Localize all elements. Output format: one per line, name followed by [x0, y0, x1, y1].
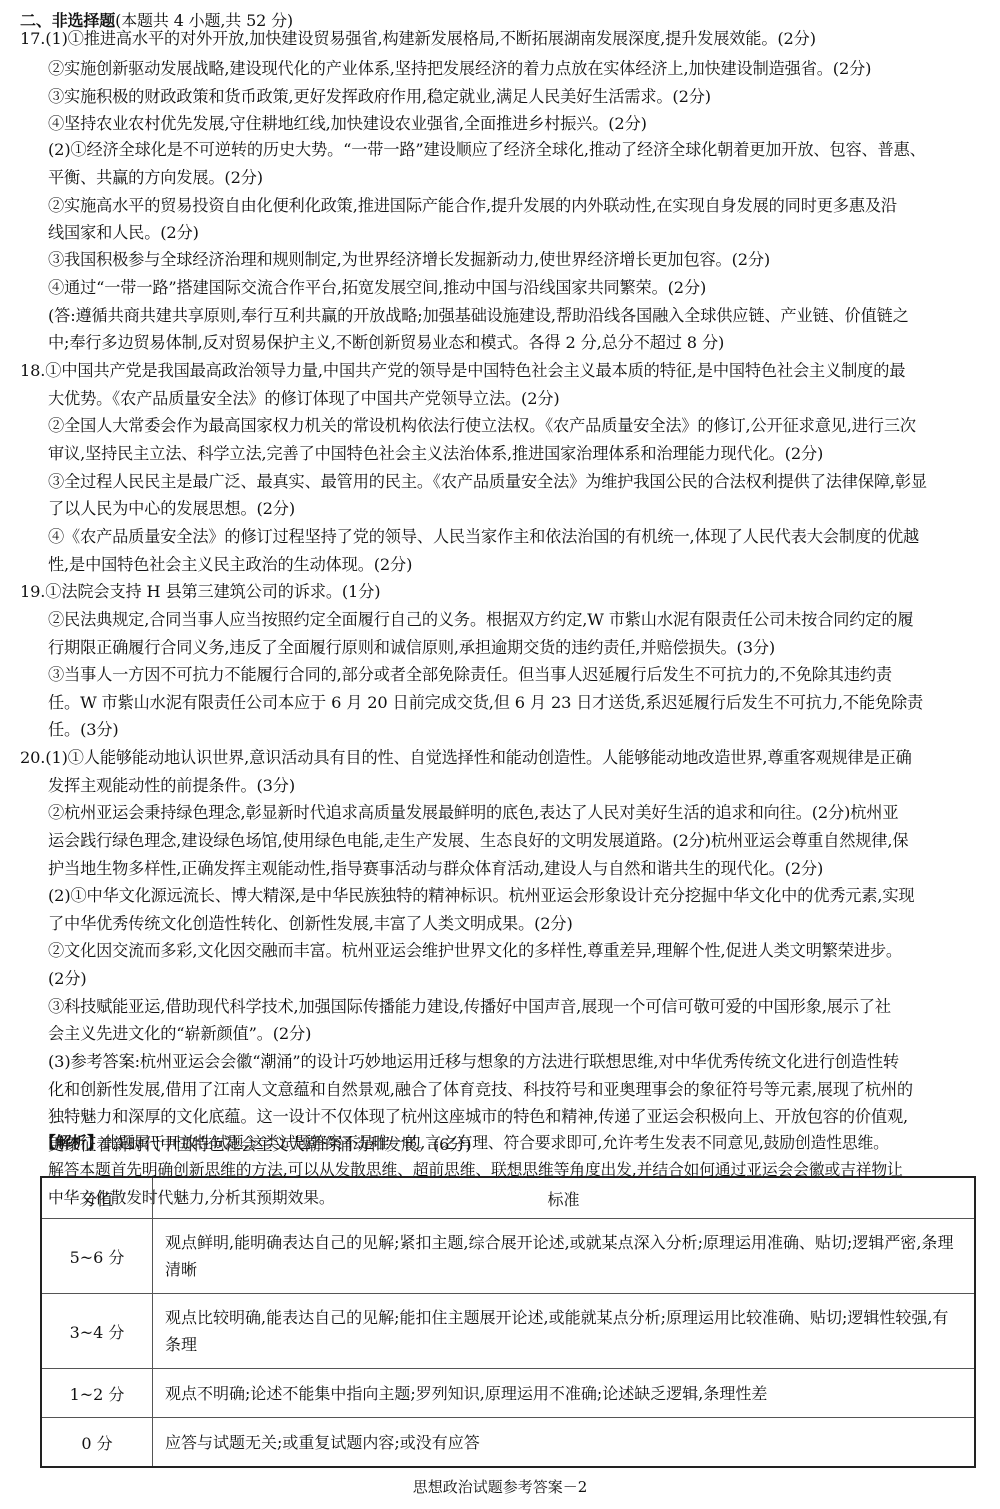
header-standard: 标准 — [153, 1177, 976, 1219]
rubric-score: 5~6 分 — [41, 1219, 153, 1294]
answer-line: 线国家和人民。(2分) — [48, 222, 199, 244]
answer-line: ③科技赋能亚运,借助现代科学技术,加强国际传播能力建设,传播好中国声音,展现一个… — [48, 996, 891, 1018]
analysis-text: 此题属于开放性试题,这类试题答案不是唯一的,言之有理、符合要求即可,允许考生发表… — [103, 1133, 889, 1152]
analysis-tag: 【解析】 — [40, 1133, 103, 1152]
rubric-row: 1~2 分 观点不明确;论述不能集中指向主题;罗列知识,原理运用不准确;论述缺乏… — [41, 1369, 975, 1418]
rubric-score: 1~2 分 — [41, 1369, 153, 1418]
answer-line: 大优势。《农产品质量安全法》的修订体现了中国共产党领导立法。(2分) — [48, 388, 560, 410]
answer-line: ④通过“一带一路”搭建国际交流合作平台,拓宽发展空间,推动中国与沿线国家共同繁荣… — [48, 277, 706, 299]
answer-line: 19.①法院会支持 H 县第三建筑公司的诉求。(1分) — [20, 581, 380, 603]
answer-line: (3)参考答案:杭州亚运会会徽“潮涌”的设计巧妙地运用迁移与想象的方法进行联想思… — [48, 1051, 899, 1073]
answer-line: ③全过程人民民主是最广泛、最真实、最管用的民主。《农产品质量安全法》为维护我国公… — [48, 471, 927, 493]
header-score: 分值 — [41, 1177, 153, 1219]
answer-line: ②实施创新驱动发展战略,建设现代化的产业体系,坚持把发展经济的着力点放在实体经济… — [48, 58, 871, 80]
rubric-score: 0 分 — [41, 1418, 153, 1468]
rubric-row: 0 分 应答与试题无关;或重复试题内容;或没有应答 — [41, 1418, 975, 1468]
answer-line: 性,是中国特色社会主义民主政治的生动体现。(2分) — [48, 554, 412, 576]
rubric-row: 5~6 分 观点鲜明,能明确表达自己的见解;紧扣主题,综合展开论述,或就某点深入… — [41, 1219, 975, 1294]
rubric-standard: 观点鲜明,能明确表达自己的见解;紧扣主题,综合展开论述,或就某点深入分析;原理运… — [153, 1219, 976, 1294]
answer-line: 了中华优秀传统文化创造性转化、创新性发展,丰富了人类文明成果。(2分) — [48, 913, 573, 935]
answer-line: (2)①中华文化源远流长、博大精深,是中华民族独特的精神标识。杭州亚运会形象设计… — [48, 885, 914, 907]
answer-page: 二、非选择题(本题共 4 小题,共 52 分) 17.(1)①推进高水平的对外开… — [0, 0, 1000, 1509]
rubric-table: 分值 标准 5~6 分 观点鲜明,能明确表达自己的见解;紧扣主题,综合展开论述,… — [40, 1176, 976, 1468]
answer-line: 独特魅力和深厚的文化底蕴。这一设计不仅体现了杭州这座城市的特色和精神,传递了亚运… — [48, 1106, 908, 1128]
answer-line: ③我国积极参与全球经济治理和规则制定,为世界经济增长发掘新动力,使世界经济增长更… — [48, 249, 770, 271]
answer-line: 17.(1)①推进高水平的对外开放,加快建设贸易强省,构建新发展格局,不断拓展湖… — [20, 28, 816, 50]
answer-line: (2分) — [48, 968, 87, 990]
page-footer: 思想政治试题参考答案－2 — [0, 1476, 1000, 1497]
rubric-row: 3~4 分 观点比较明确,能表达自己的见解;能扣住主题展开论述,或能就某点分析;… — [41, 1294, 975, 1369]
answer-line: ②民法典规定,合同当事人应当按照约定全面履行自己的义务。根据双方约定,W 市紫山… — [48, 609, 913, 631]
answer-line: 护当地生物多样性,正确发挥主观能动性,指导赛事活动与群众体育活动,建设人与自然和… — [48, 858, 823, 880]
rubric-standard: 观点比较明确,能表达自己的见解;能扣住主题展开论述,或能就某点分析;原理运用比较… — [153, 1294, 976, 1369]
answer-line: 了以人民为中心的发展思想。(2分) — [48, 498, 295, 520]
analysis-line: 【解析】此题属于开放性试题,这类试题答案不是唯一的,言之有理、符合要求即可,允许… — [40, 1132, 889, 1154]
answer-line: ④坚持农业农村优先发展,守住耕地红线,加快建设农业强省,全面推进乡村振兴。(2分… — [48, 113, 647, 135]
answer-line: 20.(1)①人能够能动地认识世界,意识活动具有目的性、自觉选择性和能动创造性。… — [20, 747, 912, 769]
answer-line: ②实施高水平的贸易投资自由化便利化政策,推进国际产能合作,提升发展的内外联动性,… — [48, 195, 897, 217]
rubric-standard: 应答与试题无关;或重复试题内容;或没有应答 — [153, 1418, 976, 1468]
answer-line: ③实施积极的财政政策和货币政策,更好发挥政府作用,稳定就业,满足人民美好生活需求… — [48, 86, 711, 108]
rubric-header-row: 分值 标准 — [41, 1177, 975, 1219]
answer-line: 化和创新性发展,借用了江南人文意蕴和自然景观,融合了体育竞技、科技符号和亚奥理事… — [48, 1079, 913, 1101]
answer-line: 审议,坚持民主立法、科学立法,完善了中国特色社会主义法治体系,推进国家治理体系和… — [48, 443, 823, 465]
answer-line: 平衡、共赢的方向发展。(2分) — [48, 167, 263, 189]
answer-line: ④《农产品质量安全法》的修订过程坚持了党的领导、人民当家作主和依法治国的有机统一… — [48, 526, 919, 548]
answer-line: ②全国人大常委会作为最高国家权力机关的常设机构依法行使立法权。《农产品质量安全法… — [48, 415, 916, 437]
answer-line: (答:遵循共商共建共享原则,奉行互利共赢的开放战略;加强基础设施建设,帮助沿线各… — [48, 305, 909, 327]
answer-line: 运会践行绿色理念,建设绿色场馆,使用绿色电能,走生产发展、生态良好的文明发展道路… — [48, 830, 908, 852]
answer-line: 中;奉行多边贸易体制,反对贸易保护主义,不断创新贸易业态和模式。各得 2 分,总… — [48, 332, 724, 354]
answer-line: 会主义先进文化的“崭新颜值”。(2分) — [48, 1023, 311, 1045]
answer-line: (2)①经济全球化是不可逆转的历史大势。“一带一路”建设顺应了经济全球化,推动了… — [48, 139, 926, 161]
answer-line: 发挥主观能动性的前提条件。(3分) — [48, 775, 295, 797]
answer-line: 行期限正确履行合同义务,违反了全面履行原则和诚信原则,承担逾期交货的违约责任,并… — [48, 637, 775, 659]
answer-line: 任。(3分) — [48, 719, 119, 741]
answer-line: ②文化因交流而多彩,文化因交融而丰富。杭州亚运会维护世界文化的多样性,尊重差异,… — [48, 940, 902, 962]
answer-line: ③当事人一方因不可抗力不能履行合同的,部分或者全部免除责任。但当事人迟延履行后发… — [48, 664, 892, 686]
rubric-score: 3~4 分 — [41, 1294, 153, 1369]
answer-line: 任。W 市紫山水泥有限责任公司本应于 6 月 20 日前完成交货,但 6 月 2… — [48, 692, 923, 714]
answer-line: ②杭州亚运会秉持绿色理念,彰显新时代追求高质量发展最鲜明的底色,表达了人民对美好… — [48, 802, 898, 824]
rubric-standard: 观点不明确;论述不能集中指向主题;罗列知识,原理运用不准确;论述缺乏逻辑,条理性… — [153, 1369, 976, 1418]
answer-line: 18.①中国共产党是我国最高政治领导力量,中国共产党的领导是中国特色社会主义最本… — [20, 360, 905, 382]
